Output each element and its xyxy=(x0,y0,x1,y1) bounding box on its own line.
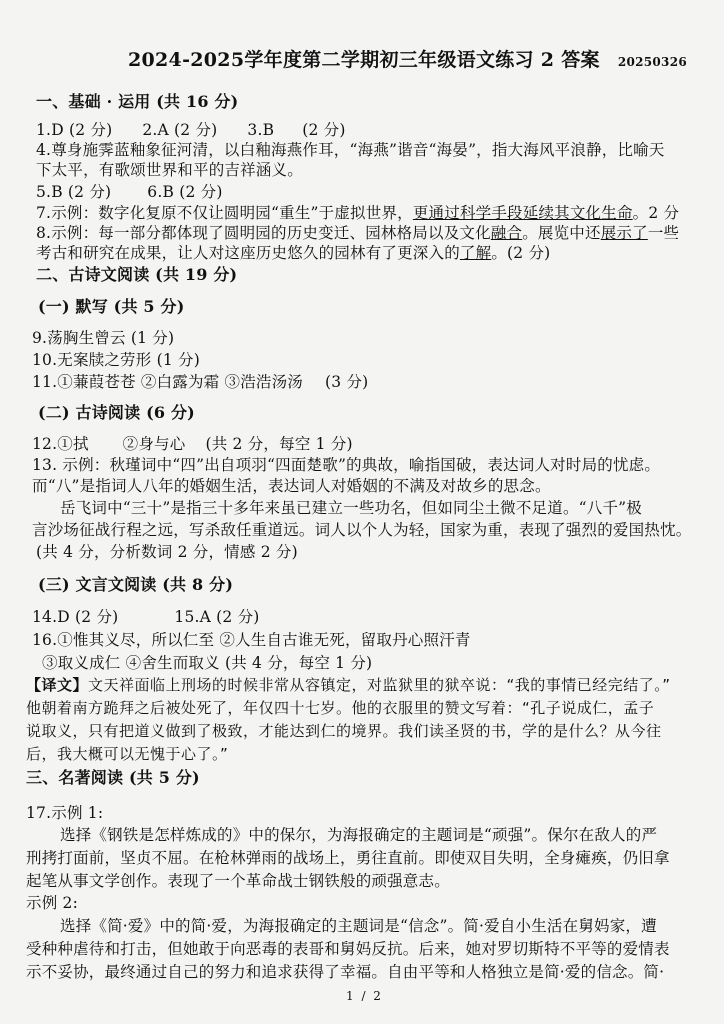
answer-8-line2-text: 考古和研究在成果，让人对这座历史悠久的园林有了更深入的 xyxy=(36,244,460,262)
answer-4-line-2: 下太平，有歌颂世界和平的吉祥涵义。 xyxy=(36,160,303,180)
answer-9: 9.荡胸生曾云 (1 分) xyxy=(32,328,174,348)
answer-4-line-1: 4.尊身施霁蓝釉象征河清，以白釉海燕作耳，“海燕”谐音“海晏”，指大海风平浪静，… xyxy=(36,140,665,160)
answer-7: 7.示例：数字化复原不仅让圆明园“重生”于虚拟世界，更通过科学手段延续其文化生命… xyxy=(36,203,679,223)
answer-1: 1.D (2 分) xyxy=(36,121,112,139)
answer-12-part-2: ②身与心 xyxy=(123,435,186,453)
answer-11-score: (3 分) xyxy=(325,373,368,391)
answers-5-6: 5.B (2 分)6.B (2 分) xyxy=(36,182,223,202)
answer-7-underlined: 更通过科学手段延续其文化生命 xyxy=(413,204,633,222)
answer-8-text: 8.示例：每一部分都体现了圆明园的历史变迁、园林格局以及文化 xyxy=(36,224,491,242)
translation-tag: 【译文】 xyxy=(26,676,88,694)
answer-7-score: 。2 分 xyxy=(633,204,680,222)
answer-sheet-page: 2024-2025学年度第二学期初三年级语文练习 2 答案20250326 一、… xyxy=(0,0,724,1024)
answer-13-line-1: 13. 示例：秋瑾词中“四”出自项羽“四面楚歌”的典故，喻指国破，表达词人对时局… xyxy=(32,455,660,475)
answer-8-underlined-3: 了解 xyxy=(460,244,491,262)
answers-1-3: 1.D (2 分)2.A (2 分)3.B(2 分) xyxy=(36,120,346,140)
answer-8-text-end: 一些 xyxy=(648,224,679,242)
subsection-3-heading: (三) 文言文阅读 (共 8 分) xyxy=(38,575,233,595)
title-text: 2024-2025学年度第二学期初三年级语文练习 2 答案 xyxy=(128,49,600,71)
translation-line-1: 【译文】文天祥面临上刑场的时候非常从容镇定，对监狱里的狱卒说：“我的事情已经完结… xyxy=(26,675,671,695)
answer-12-score: (共 2 分，每空 1 分) xyxy=(205,435,352,453)
answer-13-line-3: 岳飞词中“三十”是指三十多年来虽已建立一些功名，但如同尘土微不足道。“八千”极 xyxy=(60,498,642,518)
answer-8-underlined-2: 展示了 xyxy=(601,224,648,242)
answer-17-example-2-line-2: 受种种虐待和打击，但她敢于向恶毒的表哥和舅妈反抗。后来，她对罗切斯特不平等的爱情… xyxy=(26,939,670,959)
section-3-heading: 三、名著阅读 (共 5 分) xyxy=(26,768,200,788)
answer-17-example-1-label: 17.示例 1: xyxy=(26,803,103,823)
answer-17-example-2-label: 示例 2: xyxy=(26,893,78,913)
answer-17-example-2-line-1: 选择《简·爱》中的简·爱，为海报确定的主题词是“信念”。简·爱自小生活在舅妈家，… xyxy=(60,916,657,936)
answer-2: 2.A (2 分) xyxy=(142,121,217,139)
answer-17-example-2-line-3: 示不妥协，最终通过自己的努力和追求获得了幸福。自由平等和人格独立是简·爱的信念。… xyxy=(26,962,664,982)
answer-8-text-mid: 。展览中还 xyxy=(522,224,601,242)
answer-11: 11.①蒹葭苍苍 ②白露为霜 ③浩浩汤汤(3 分) xyxy=(32,372,368,392)
answer-10: 10.无案牍之劳形 (1 分) xyxy=(32,350,200,370)
answer-8-line-1: 8.示例：每一部分都体现了圆明园的历史变迁、园林格局以及文化融合。展览中还展示了… xyxy=(36,223,679,243)
answer-8-underlined-1: 融合 xyxy=(491,224,522,242)
answer-3-score: (2 分) xyxy=(302,121,345,139)
answer-13-scoring: (共 4 分，分析数词 2 分，情感 2 分) xyxy=(36,542,298,562)
answers-14-15: 14.D (2 分)15.A (2 分) xyxy=(32,607,260,627)
answer-14: 14.D (2 分) xyxy=(32,608,118,626)
answer-8-score: 。(2 分) xyxy=(491,244,550,262)
page-indicator: 1 / 2 xyxy=(346,986,383,1006)
answer-17-example-1-line-2: 刑拷打面前，坚贞不屈。在枪林弹雨的战场上，勇往直前。即使双目失明，全身瘫痪，仍旧… xyxy=(26,848,670,868)
answer-17-example-1-line-1: 选择《钢铁是怎样炼成的》中的保尔，为海报确定的主题词是“顽强”。保尔在敌人的严 xyxy=(60,825,657,845)
answer-16-line-2: ③取义成仁 ④舍生而取义 (共 4 分，每空 1 分) xyxy=(42,653,372,673)
answer-6: 6.B (2 分) xyxy=(147,183,222,201)
answer-13-line-2: 而“八”是指词人八年的婚姻生活，表达词人对婚姻的不满及对故乡的思念。 xyxy=(32,476,551,496)
answer-17-example-1-line-3: 起笔从事文学创作。表现了一个革命战士钢铁般的顽强意志。 xyxy=(26,871,450,891)
section-2-heading: 二、古诗文阅读 (共 19 分) xyxy=(36,265,237,285)
answer-15: 15.A (2 分) xyxy=(174,608,259,626)
answer-12-part-1: 12.①拭 xyxy=(32,435,89,453)
answer-8-line-2: 考古和研究在成果，让人对这座历史悠久的园林有了更深入的了解。(2 分) xyxy=(36,243,550,263)
document-date: 20250326 xyxy=(618,55,687,69)
section-1-heading: 一、基础 · 运用 (共 16 分) xyxy=(36,92,238,112)
answer-7-text: 7.示例：数字化复原不仅让圆明园“重生”于虚拟世界， xyxy=(36,204,413,222)
page-title: 2024-2025学年度第二学期初三年级语文练习 2 答案20250326 xyxy=(128,50,687,72)
answer-16-line-1: 16.①惟其义尽，所以仁至 ②人生自古谁无死，留取丹心照汗青 xyxy=(32,630,471,650)
translation-line-3: 说取义，只有把道义做到了极致，才能达到仁的境界。我们读圣贤的书，学的是什么？从今… xyxy=(26,721,662,741)
answer-3: 3.B xyxy=(247,121,274,139)
answer-12: 12.①拭②身与心(共 2 分，每空 1 分) xyxy=(32,434,353,454)
answer-11-text: 11.①蒹葭苍苍 ②白露为霜 ③浩浩汤汤 xyxy=(32,373,303,391)
translation-text-1: 文天祥面临上刑场的时候非常从容镇定，对监狱里的狱卒说：“我的事情已经完结了。” xyxy=(88,676,671,694)
answer-13-line-4: 言沙场征战行程之远，写杀敌任重道远。词人以个人为轻，国家为重，表现了强烈的爱国热… xyxy=(32,520,691,540)
subsection-1-heading: (一) 默写 (共 5 分) xyxy=(38,297,185,317)
translation-line-2: 他朝着南方跪拜之后被处死了，年仅四十七岁。他的衣服里的赞文写着：“孔子说成仁，孟… xyxy=(26,698,654,718)
answer-5: 5.B (2 分) xyxy=(36,183,111,201)
translation-line-4: 后，我大概可以无愧于心了。” xyxy=(26,744,228,764)
subsection-2-heading: (二) 古诗阅读 (6 分) xyxy=(38,403,195,423)
